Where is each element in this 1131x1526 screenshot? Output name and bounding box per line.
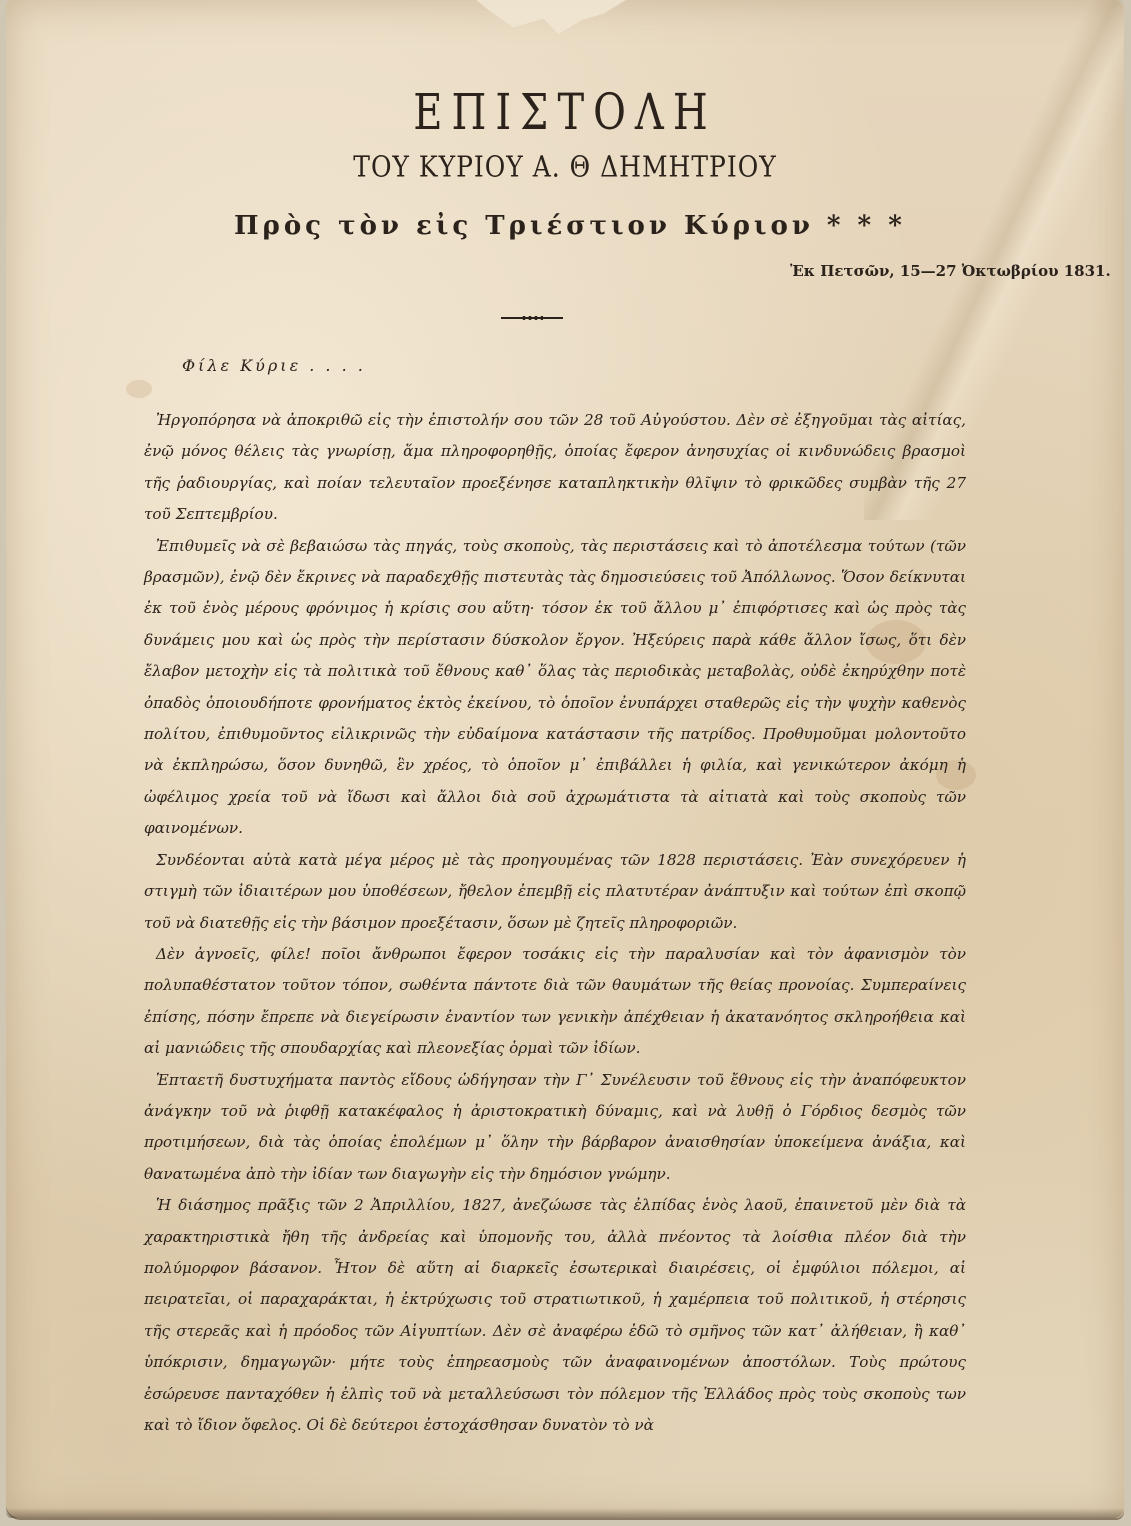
paragraph: Ἡ διάσημος πρᾶξις τῶν 2 Ἀπριλλίου, 1827,… bbox=[144, 1190, 966, 1441]
recipient-line: Πρὸς τὸν εἰς Τριέστιον Κύριον * * * bbox=[234, 211, 906, 241]
document-title: ΕΠΙΣΤΟΛΗ bbox=[6, 84, 1124, 142]
salutation: Φίλε Κύριε . . . . bbox=[182, 356, 366, 375]
document-page: ΕΠΙΣΤΟΛΗ ΤΟΥ ΚΥΡΙΟΥ Α. Θ ΔΗΜΗΤΡΙΟΥ Πρὸς … bbox=[6, 0, 1124, 1518]
paragraph: Ἐπιθυμεῖς νὰ σὲ βεβαιώσω τὰς πηγάς, τοὺς… bbox=[144, 531, 966, 845]
paragraph: Δὲν ἀγνοεῖς, φίλε! ποῖοι ἄνθρωποι ἔφερον… bbox=[144, 939, 966, 1065]
stain bbox=[126, 380, 152, 398]
paragraph: Συνδέονται αὐτὰ κατὰ μέγα μέρος μὲ τὰς π… bbox=[144, 845, 966, 939]
dateline: Ἐκ Πετσῶν, 15—27 Ὀκτωβρίου 1831. bbox=[790, 262, 1111, 280]
letter-body: Ἠργοπόρησα νὰ ἀποκριθῶ εἰς τὴν ἐπιστολήν… bbox=[144, 405, 966, 1441]
document-subtitle: ΤΟΥ ΚΥΡΙΟΥ Α. Θ ΔΗΜΗΤΡΙΟΥ bbox=[6, 150, 1124, 183]
paragraph: Ἑπταετῆ δυστυχήματα παντὸς εἴδους ὡδήγησ… bbox=[144, 1065, 966, 1191]
ornament-rule-icon bbox=[501, 315, 563, 321]
paragraph: Ἠργοπόρησα νὰ ἀποκριθῶ εἰς τὴν ἐπιστολήν… bbox=[144, 405, 966, 531]
torn-paper-edge bbox=[476, 0, 626, 34]
